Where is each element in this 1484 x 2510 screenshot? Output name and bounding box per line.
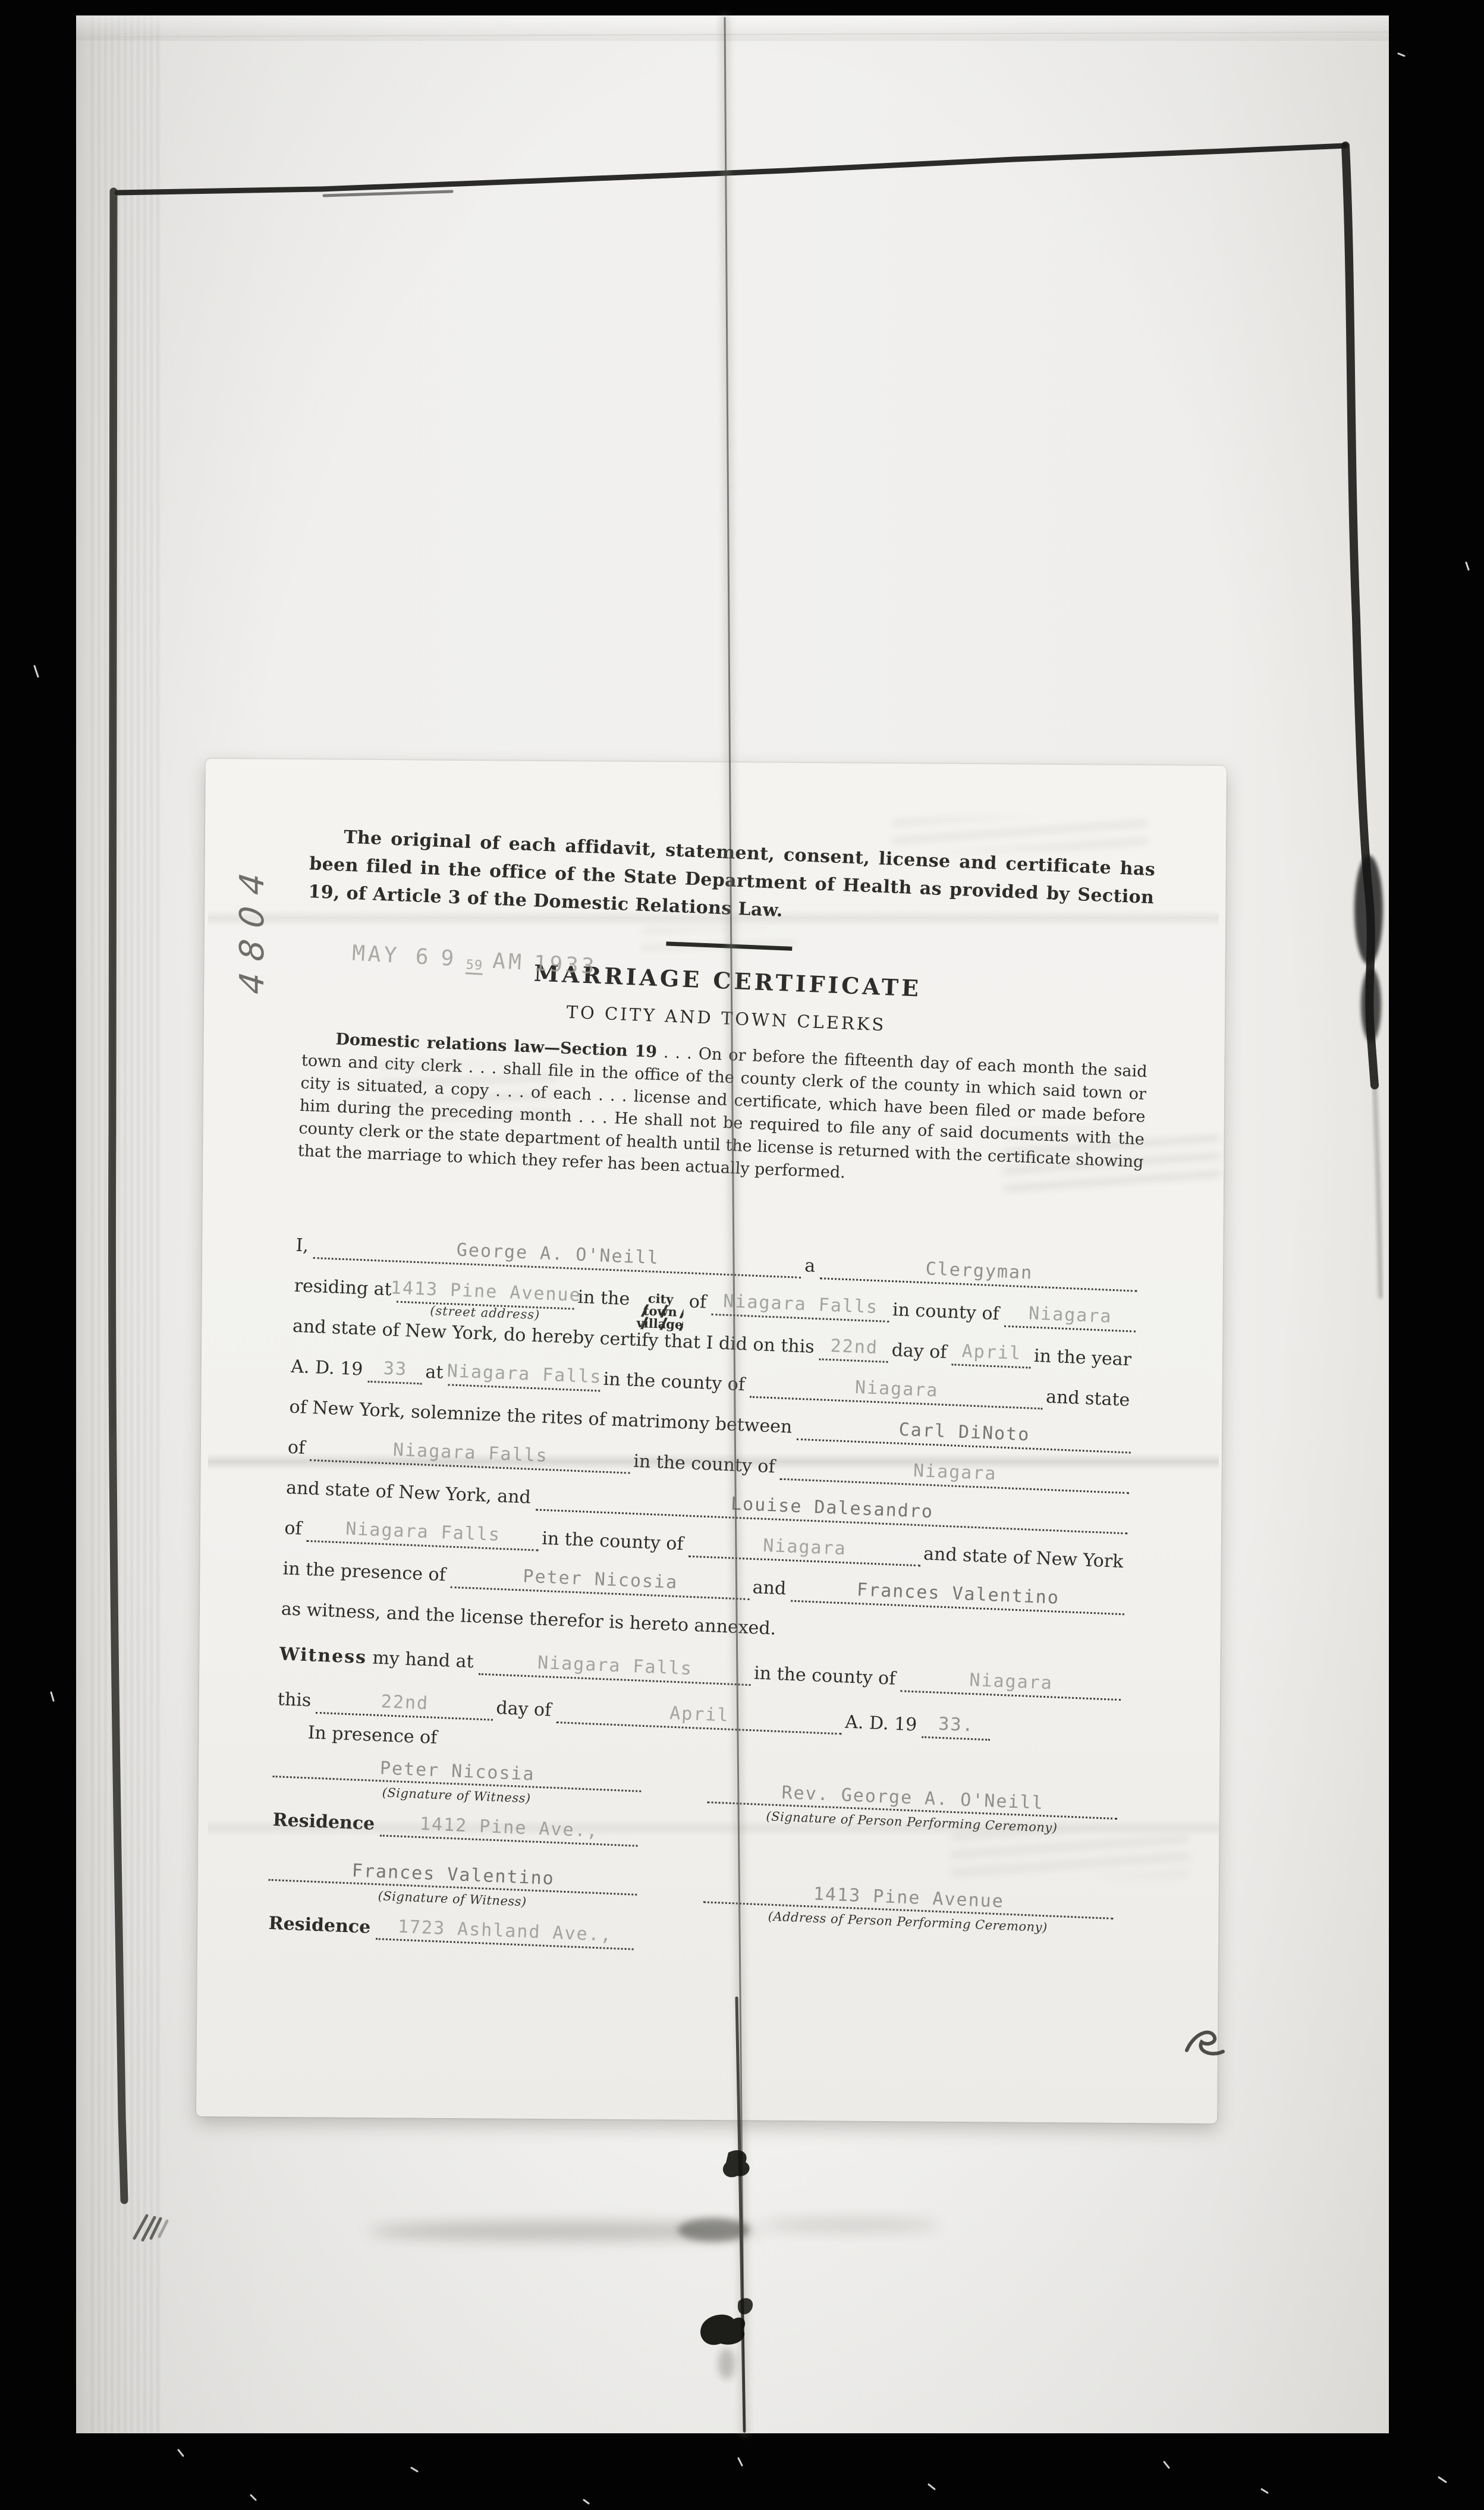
typed-attest-month: April	[664, 1702, 736, 1727]
signature-column-gap	[634, 1767, 708, 1953]
paper-crease	[208, 1820, 1219, 1836]
label-day-of2: day of	[494, 1698, 556, 1721]
label-this: this	[275, 1689, 316, 1712]
typed-witness1: Peter Nicosia	[517, 1566, 684, 1594]
typed-day: 22nd	[824, 1336, 885, 1359]
blank-attest-year: 33.	[922, 1715, 991, 1741]
typed-year: 33	[377, 1358, 414, 1380]
stamp-month-day: MAY 6	[351, 941, 432, 970]
typed-witness2: Frances Valentino	[850, 1579, 1065, 1609]
blank-attest-day: 22nd	[316, 1691, 493, 1721]
blank-residence2: 1723 Ashland Ave.,	[375, 1917, 634, 1950]
typed-attest-county: Niagara	[963, 1669, 1059, 1694]
bleedthrough-ghost	[641, 928, 797, 955]
typed-bride-county: Niagara	[757, 1535, 853, 1560]
typed-attest-day: 22nd	[375, 1691, 435, 1715]
label-and2: and	[750, 1577, 791, 1600]
blank-county: Niagara	[1004, 1304, 1137, 1333]
typed-witness2-signature: Frances Valentino	[351, 1860, 555, 1889]
stamp-meridiem: AM	[492, 949, 525, 975]
typed-officiant-signature: Rev. George A. O'Neill	[781, 1782, 1044, 1814]
label-of3: of	[282, 1518, 307, 1540]
typed-attest-place: Niagara Falls	[531, 1652, 699, 1680]
label-day-of: day of	[889, 1340, 951, 1364]
label-ad-19: A. D. 19	[289, 1356, 367, 1381]
paper-crease	[208, 910, 1219, 926]
stamp-minute: 59	[466, 957, 483, 975]
officiant-address-block: 1413 Pine Avenue (Address of Person Perf…	[703, 1878, 1114, 1937]
label-my-hand-at: my hand at	[366, 1647, 474, 1672]
blank-month: April	[952, 1342, 1032, 1368]
bleedthrough-ghost	[378, 1063, 556, 1118]
scanned-microfilm-page: The original of each affidavit, statemen…	[0, 0, 1484, 2510]
typed-city: Niagara Falls	[717, 1290, 885, 1318]
typed-groom-name: Carl DiNoto	[892, 1419, 1036, 1446]
witness-signature-column: Peter Nicosia (Signature of Witness) Res…	[266, 1752, 642, 1950]
blank-year: 33	[367, 1359, 423, 1385]
stamp-hour: 9	[440, 946, 457, 971]
stamp-year: 1933	[533, 951, 598, 979]
blank-attest-month: April	[556, 1700, 842, 1735]
typed-occupation: Clergyman	[919, 1258, 1039, 1284]
bleedthrough-ghost	[1002, 1125, 1221, 1196]
label-and-state-of-ny: and state of New York	[922, 1543, 1128, 1573]
label-residing-at: residing at	[292, 1276, 396, 1301]
blank-street-address: 1413 Pine Avenue(street address)	[397, 1280, 576, 1310]
handwritten-file-number: 4804	[183, 850, 321, 1005]
row-trailing-space	[991, 1733, 1120, 1739]
typed-county: Niagara	[1022, 1303, 1118, 1328]
typed-bride-name: Louise Dalesandro	[724, 1493, 939, 1523]
label-in-county-of: in county of	[890, 1299, 1004, 1325]
label-witness-word: Witness	[279, 1644, 367, 1668]
option-village-struck: village	[636, 1316, 683, 1330]
typed-officiant-address: 1413 Pine Avenue	[813, 1884, 1004, 1912]
label-attest-county-of: in the county of	[752, 1663, 900, 1690]
label-of: of	[687, 1291, 711, 1314]
label-i: I,	[294, 1235, 313, 1257]
label-ad-19-2: A. D. 19	[843, 1711, 922, 1736]
label-and-state: and state	[1044, 1387, 1134, 1412]
typed-month: April	[955, 1340, 1028, 1365]
label-in-the-county-of3: in the county of	[540, 1528, 688, 1556]
blank-day: 22nd	[819, 1337, 889, 1363]
label-in-the-year: in the year	[1032, 1346, 1136, 1371]
typed-ceremony-county: Niagara	[848, 1377, 945, 1402]
typed-attest-year: 33.	[932, 1713, 981, 1736]
label-witness-my-hand: Witness my hand at	[277, 1644, 478, 1673]
typed-ceremony-place: Niagara Falls	[441, 1361, 608, 1388]
label-a: a	[803, 1255, 820, 1277]
label-in-presence-of: in the presence of	[281, 1558, 450, 1586]
blank-ceremony-place: Niagara Falls	[448, 1362, 601, 1391]
typed-witness1-signature: Peter Nicosia	[379, 1758, 535, 1785]
typed-officiant-name: George A. O'Neill	[450, 1239, 665, 1269]
witness2-residence-row: Residence 1723 Ashland Ave.,	[266, 1913, 636, 1950]
place-type-options: city town village	[636, 1291, 684, 1330]
label-in-the-county-of: in the county of	[601, 1369, 750, 1396]
certificate-sheet: The original of each affidavit, statemen…	[196, 759, 1227, 2123]
label-residence2: Residence	[266, 1913, 375, 1938]
typed-bride-place: Niagara Falls	[339, 1518, 507, 1546]
paper-crease	[208, 1453, 1219, 1470]
typed-residence2: 1723 Ashland Ave.,	[391, 1916, 618, 1946]
